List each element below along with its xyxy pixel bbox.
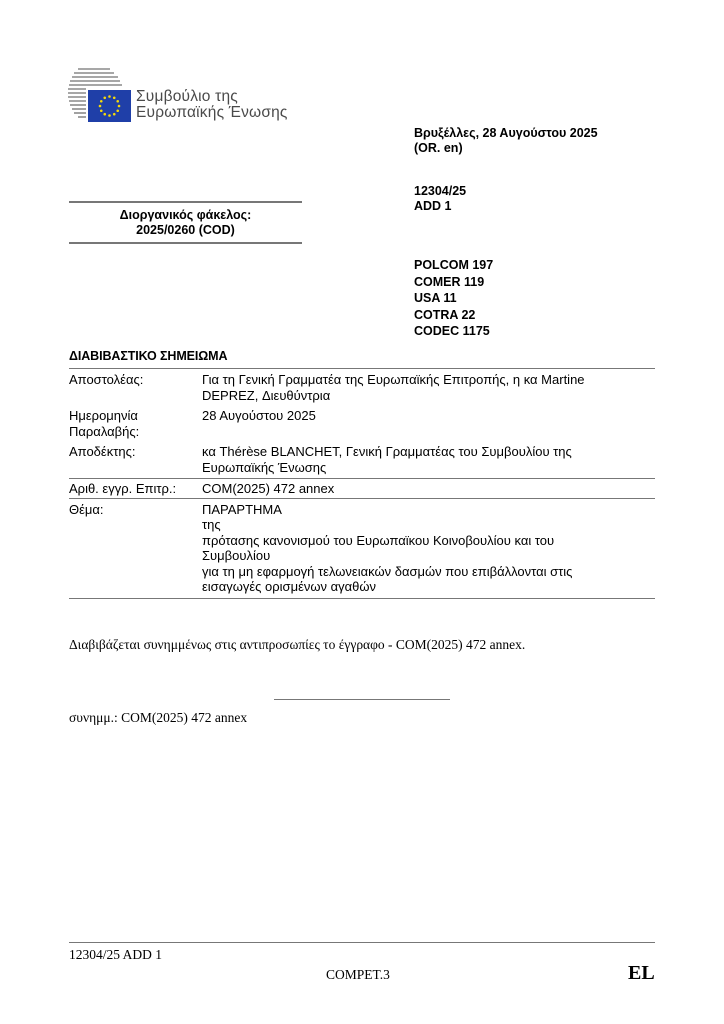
date-received-label-line: Παραλαβής: (69, 424, 202, 440)
date-received-value: 28 Αυγούστου 2025 (202, 408, 655, 439)
separator-line (274, 699, 450, 700)
subject-line: Συμβουλίου (202, 548, 655, 564)
interinstitutional-file-value: 2025/0260 (COD) (69, 223, 302, 238)
code-item: COMER 119 (414, 274, 493, 291)
subject-label: Θέμα: (69, 502, 202, 595)
sender-value: Για τη Γενική Γραμματέα της Ευρωπαϊκής Ε… (202, 372, 655, 403)
recipient-line: κα Thérèse BLANCHET, Γενική Γραμματέας τ… (202, 444, 655, 460)
row-recipient: Αποδέκτης: κα Thérèse BLANCHET, Γενική Γ… (69, 439, 655, 479)
council-logo: Συμβούλιο της Ευρωπαϊκής Ένωσης (68, 66, 308, 126)
place-date-block: Βρυξέλλες, 28 Αυγούστου 2025 (OR. en) (414, 126, 598, 156)
code-item: CODEC 1175 (414, 323, 493, 340)
code-item: POLCOM 197 (414, 257, 493, 274)
code-item: COTRA 22 (414, 307, 493, 324)
note-title: ΔΙΑΒΙΒΑΣΤΙΚΟ ΣΗΜΕΙΩΜΑ (69, 349, 227, 363)
sender-line: DEPREZ, Διευθύντρια (202, 388, 655, 404)
eu-flag-icon (88, 90, 131, 122)
row-commission-doc: Αριθ. εγγρ. Επιτρ.: COM(2025) 472 annex (69, 479, 655, 499)
subject-value: ΠΑΡΑΡΤΗΜΑ της πρότασης κανονισμού του Ευ… (202, 502, 655, 595)
footer-reference: 12304/25 ADD 1 (69, 947, 162, 963)
place-date: Βρυξέλλες, 28 Αυγούστου 2025 (414, 126, 598, 141)
council-name: Συμβούλιο της Ευρωπαϊκής Ένωσης (136, 89, 288, 121)
sender-label: Αποστολέας: (69, 372, 202, 403)
transmission-text: Διαβιβάζεται συνημμένως στις αντιπροσωπί… (69, 637, 525, 653)
footer-department: COMPET.3 (326, 967, 390, 983)
commission-doc-label: Αριθ. εγγρ. Επιτρ.: (69, 481, 202, 497)
row-sender: Αποστολέας: Για τη Γενική Γραμματέα της … (69, 369, 655, 403)
cover-note-table: Αποστολέας: Για τη Γενική Γραμματέα της … (69, 368, 655, 599)
row-date-received: Ημερομηνία Παραλαβής: 28 Αυγούστου 2025 (69, 403, 655, 439)
footer-divider (69, 942, 655, 943)
subject-line: για τη μη εφαρμογή τελωνειακών δασμών πο… (202, 564, 655, 580)
recipient-line: Ευρωπαϊκής Ένωσης (202, 460, 655, 476)
council-name-line2: Ευρωπαϊκής Ένωσης (136, 105, 288, 121)
addendum-number: ADD 1 (414, 199, 466, 214)
date-received-label-line: Ημερομηνία (69, 408, 202, 424)
interinstitutional-file-label: Διοργανικός φάκελος: (69, 208, 302, 223)
subject-line: εισαγωγές ορισμένων αγαθών (202, 579, 655, 595)
original-language: (OR. en) (414, 141, 598, 156)
date-received-label: Ημερομηνία Παραλαβής: (69, 408, 202, 439)
enclosure-text: συνημμ.: COM(2025) 472 annex (69, 710, 247, 726)
row-subject: Θέμα: ΠΑΡΑΡΤΗΜΑ της πρότασης κανονισμού … (69, 499, 655, 599)
council-name-line1: Συμβούλιο της (136, 89, 288, 105)
classification-codes: POLCOM 197 COMER 119 USA 11 COTRA 22 COD… (414, 257, 493, 340)
document-number-block: 12304/25 ADD 1 (414, 184, 466, 214)
footer-language-code: EL (628, 962, 655, 985)
recipient-value: κα Thérèse BLANCHET, Γενική Γραμματέας τ… (202, 444, 655, 475)
document-number: 12304/25 (414, 184, 466, 199)
subject-line: της (202, 517, 655, 533)
sender-line: Για τη Γενική Γραμματέα της Ευρωπαϊκής Ε… (202, 372, 655, 388)
interinstitutional-file-box: Διοργανικός φάκελος: 2025/0260 (COD) (69, 201, 302, 244)
subject-line: πρότασης κανονισμού του Ευρωπαϊκου Κοινο… (202, 533, 655, 549)
recipient-label: Αποδέκτης: (69, 444, 202, 475)
code-item: USA 11 (414, 290, 493, 307)
subject-line: ΠΑΡΑΡΤΗΜΑ (202, 502, 655, 518)
commission-doc-value: COM(2025) 472 annex (202, 481, 655, 497)
